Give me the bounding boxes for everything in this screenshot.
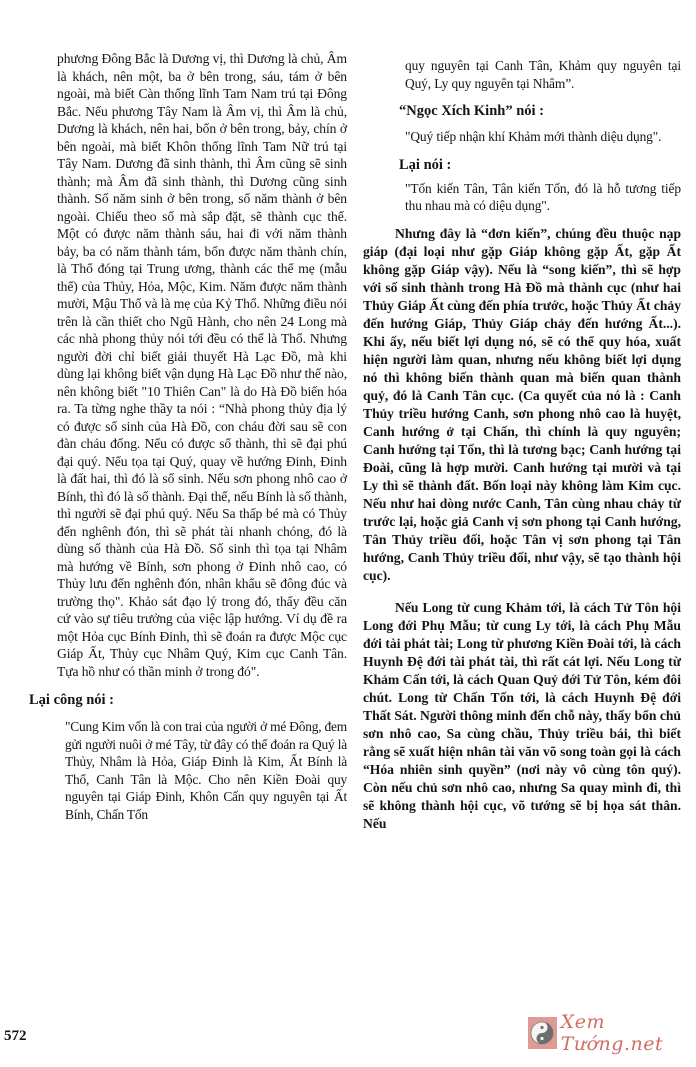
body-paragraph: Nhưng đây là “đơn kiến”, chúng đều thuộc… — [363, 225, 681, 585]
left-column: phương Đông Bắc là Dương vị, thì Dương l… — [57, 50, 347, 823]
watermark: Xem Tướng.net — [528, 1013, 696, 1053]
right-column: quy nguyên tại Canh Tân, Khảm quy nguyên… — [363, 57, 681, 833]
section-heading: Lại nói : — [399, 156, 681, 174]
quote-paragraph: "Cung Kim vốn là con trai của người ở mé… — [65, 718, 347, 823]
book-page: phương Đông Bắc là Dương vị, thì Dương l… — [0, 0, 696, 1067]
yin-yang-icon — [528, 1017, 557, 1049]
body-paragraph: phương Đông Bắc là Dương vị, thì Dương l… — [57, 50, 347, 680]
quote-paragraph: "Tốn kiến Tân, Tân kiến Tốn, đó là hỗ tư… — [405, 180, 681, 215]
body-paragraph: Nếu Long từ cung Khảm tới, là cách Tử Tô… — [363, 599, 681, 833]
quote-paragraph: quy nguyên tại Canh Tân, Khảm quy nguyên… — [405, 57, 681, 92]
page-number: 572 — [4, 1028, 27, 1045]
watermark-text: Xem Tướng.net — [561, 1011, 696, 1055]
section-heading: “Ngọc Xích Kinh” nói : — [399, 102, 681, 120]
section-heading: Lại công nói : — [29, 691, 347, 709]
quote-paragraph: "Quý tiếp nhận khí Khảm mới thành diệu d… — [405, 128, 681, 146]
